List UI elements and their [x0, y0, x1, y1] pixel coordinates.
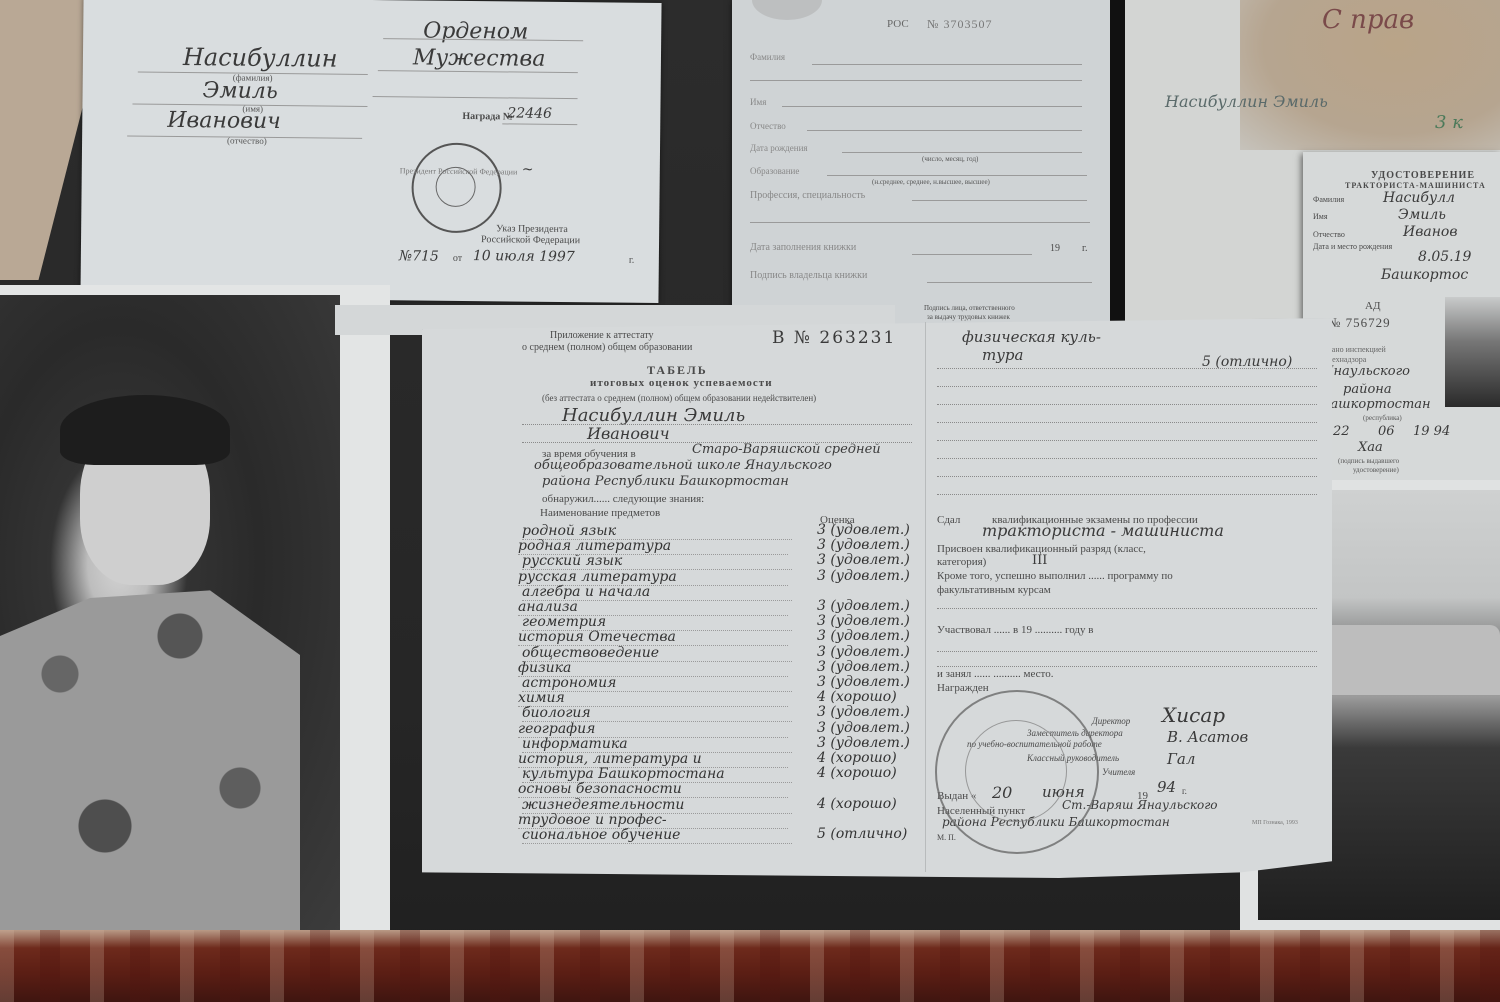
green-handwritten-note: 3 к — [1435, 112, 1463, 133]
decree-number: №715 — [399, 248, 439, 264]
subject-name: основы безопасности — [518, 782, 788, 798]
student-name: Насибуллин Эмиль — [562, 405, 745, 426]
work-record-book: РОС № 3703507 Фамилия Имя Отчество Дата … — [732, 0, 1117, 325]
deputy-signature: В. Асатов — [1167, 728, 1248, 746]
subject-grade: 5 (отлично) — [817, 826, 907, 842]
subject-grade: 3 (удовлет.) — [817, 598, 910, 614]
subject-grade: 3 (удовлет.) — [817, 674, 910, 690]
subject-grade: 3 (удовлет.) — [817, 644, 910, 660]
subject-grade: 3 (удовлет.) — [817, 552, 910, 568]
decree-date: 10 июля 1997 — [473, 248, 575, 265]
right-doc-handwritten-name: Насибуллин Эмиль — [1165, 92, 1328, 111]
subject-grade: 3 (удовлет.) — [817, 628, 910, 644]
tractor-driver-license: УДОСТОВЕРЕНИЕ ТРАКТОРИСТА-МАШИНИСТА Фами… — [1303, 152, 1500, 487]
grade-report-tabel: Приложение к аттестату о среднем (полном… — [422, 318, 1332, 878]
vehicle-in-photo — [1320, 625, 1500, 695]
subject-grade: 3 (удовлет.) — [817, 659, 910, 675]
round-seal-stamp — [411, 142, 502, 233]
license-title: УДОСТОВЕРЕНИЕ — [1371, 170, 1475, 181]
subject-grade: 3 (удовлет.) — [817, 522, 910, 538]
license-number: № 756729 — [1328, 315, 1391, 331]
subject-grade: 4 (хорошо) — [817, 765, 897, 781]
subject-grade: 3 (удовлет.) — [817, 613, 910, 629]
qualification-rank: III — [1032, 553, 1047, 568]
beret — [60, 395, 230, 465]
tan-paper: С прав 3 к — [1240, 0, 1500, 150]
tabel-title: ТАБЕЛЬ — [647, 363, 708, 378]
subject-name: история Отечества — [518, 630, 788, 646]
director-signature: Хисар — [1162, 703, 1225, 727]
president-signature: ~ — [522, 162, 534, 178]
subject-name: русский язык — [522, 554, 792, 570]
subject-name: сиональное обучение — [522, 828, 792, 844]
student-patronymic: Иванович — [587, 424, 670, 443]
subject-name: биология — [522, 706, 792, 722]
issuer-signature: Хаа — [1358, 440, 1383, 455]
tabel-serial-number: В № 263231 — [772, 328, 896, 348]
award-name: Эмиль — [202, 78, 277, 104]
subject-grade: 3 (удовлет.) — [817, 720, 910, 736]
license-portrait-photo — [1445, 297, 1500, 407]
award-type-line2: Мужества — [413, 45, 546, 71]
state-emblem-icon — [752, 0, 822, 20]
award-surname: Насибуллин — [183, 43, 338, 73]
page-fold — [925, 322, 926, 872]
award-patronymic: Иванович — [167, 108, 281, 134]
subjects-list: родной язык3 (удовлет.)родная литература… — [422, 524, 922, 844]
subject-grade: 4 (хорошо) — [817, 689, 897, 705]
wooden-frame-edge — [0, 930, 1500, 1002]
school-seal-stamp — [935, 690, 1099, 854]
award-certificate: Насибуллин (фамилия) Эмиль (имя) Иванови… — [80, 0, 661, 303]
teacher-signature: Гал — [1167, 750, 1195, 768]
subject-grade: 3 (удовлет.) — [817, 537, 910, 553]
issue-year: 94 — [1157, 778, 1176, 796]
profession-handwritten: тракториста - машиниста — [982, 521, 1224, 540]
red-handwritten-heading: С прав — [1322, 5, 1414, 35]
subject-grade: 4 (хорошо) — [817, 796, 897, 812]
subject-grade: 3 (удовлет.) — [817, 568, 910, 584]
work-book-number: № 3703507 — [927, 17, 992, 32]
subject-grade: 3 (удовлет.) — [817, 704, 910, 720]
subject-grade: 4 (хорошо) — [817, 750, 897, 766]
award-number: 22446 — [507, 105, 552, 121]
subject-grade: 3 (удовлет.) — [817, 735, 910, 751]
award-type-line1: Орденом — [423, 19, 528, 45]
